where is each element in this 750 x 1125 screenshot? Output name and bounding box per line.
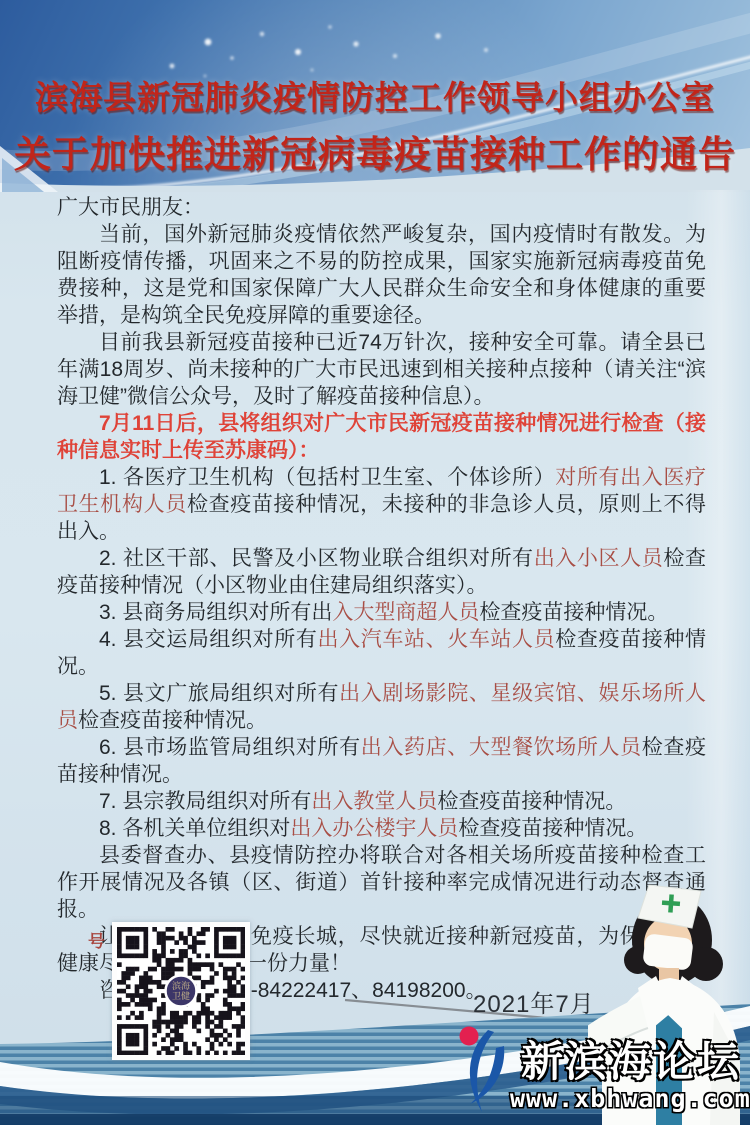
notice-item-3: 3. 县商务局组织对所有出入大型商超人员检查疫苗接种情况。 <box>57 599 706 626</box>
item-text: 1. 各医疗卫生机构（包括村卫生室、个体诊所） <box>99 466 555 489</box>
item-highlight: 出入办公楼宇人员 <box>290 817 458 840</box>
item-text: 6. 县市场监管局组织对所有 <box>99 736 361 759</box>
forum-url: www.xbhwang.com <box>510 1084 750 1113</box>
item-highlight: 出入药店、大型餐饮场所人员 <box>361 736 642 759</box>
svg-text:滨海: 滨海 <box>172 980 190 991</box>
notice-item-6: 6. 县市场监管局组织对所有出入药店、大型餐饮场所人员检查疫苗接种情况。 <box>57 734 706 788</box>
qr-code-icon: 滨海卫健 <box>117 927 245 1055</box>
salutation: 广大市民朋友： <box>57 194 706 221</box>
notice-item-4: 4. 县交运局组织对所有出入汽车站、火车站人员检查疫苗接种情况。 <box>57 626 706 680</box>
notice-item-2: 2. 社区干部、民警及小区物业联合组织对所有出入小区人员检查疫苗接种情况（小区物… <box>57 545 706 599</box>
item-highlight: 出入小区人员 <box>534 547 664 570</box>
item-text: 8. 各机关单位组织对 <box>99 817 290 840</box>
item-text: 检查疫苗接种情况。 <box>479 601 668 624</box>
qr-code: 滨海卫健 <box>112 922 250 1060</box>
item-text: 5. 县文广旅局组织对所有 <box>99 682 339 705</box>
vaccination-notice-poster: 滨海县新冠肺炎疫情防控工作领导小组办公室 关于加快推进新冠病毒疫苗接种工作的通告… <box>0 0 750 1125</box>
item-highlight: 入大型商超人员 <box>332 601 479 624</box>
forum-name: 新滨海论坛 <box>521 1029 741 1089</box>
notice-item-8: 8. 各机关单位组织对出入办公楼宇人员检查疫苗接种情况。 <box>57 815 706 842</box>
paragraph-intro: 当前，国外新冠肺炎疫情依然严峻复杂，国内疫情时有散发。为阻断疫情传播，巩固来之不… <box>57 221 706 329</box>
item-text: 4. 县交运局组织对所有 <box>99 628 318 651</box>
notice-title-line1: 滨海县新冠肺炎疫情防控工作领导小组办公室 <box>0 72 750 119</box>
notice-item-5: 5. 县文广旅局组织对所有出入剧场影院、星级宾馆、娱乐场所人员检查疫苗接种情况。 <box>57 680 706 734</box>
item-text: 检查疫苗接种情况。 <box>78 709 267 732</box>
svg-text:卫健: 卫健 <box>172 990 190 1001</box>
item-highlight: 出入汽车站、火车站人员 <box>318 628 556 651</box>
item-text: 7. 县宗教局组织对所有 <box>99 790 311 813</box>
paragraph-inspection-notice: 7月11日后，县将组织对广大市民新冠疫苗接种情况进行检查（接种信息实时上传至苏康… <box>57 410 706 464</box>
item-text: 检查疫苗接种情况。 <box>437 790 626 813</box>
item-text: 2. 社区干部、民警及小区物业联合组织对所有 <box>99 547 534 570</box>
item-text: 3. 县商务局组织对所有出 <box>99 601 332 624</box>
item-highlight: 出入教堂人员 <box>311 790 437 813</box>
signature-date: 2021年7月 <box>473 984 595 1019</box>
top-banner: 滨海县新冠肺炎疫情防控工作领导小组办公室 关于加快推进新冠病毒疫苗接种工作的通告 <box>0 0 750 192</box>
item-text: 检查疫苗接种情况。 <box>458 817 647 840</box>
paragraph-progress: 目前我县新冠疫苗接种已近74万针次，接种安全可靠。请全县已年满18周岁、尚未接种… <box>57 329 706 410</box>
notice-title-line2: 关于加快推进新冠病毒疫苗接种工作的通告 <box>0 124 750 178</box>
notice-item-7: 7. 县宗教局组织对所有出入教堂人员检查疫苗接种情况。 <box>57 788 706 815</box>
notice-item-1: 1. 各医疗卫生机构（包括村卫生室、个体诊所）对所有出入医疗卫生机构人员检查疫苗… <box>57 464 706 545</box>
